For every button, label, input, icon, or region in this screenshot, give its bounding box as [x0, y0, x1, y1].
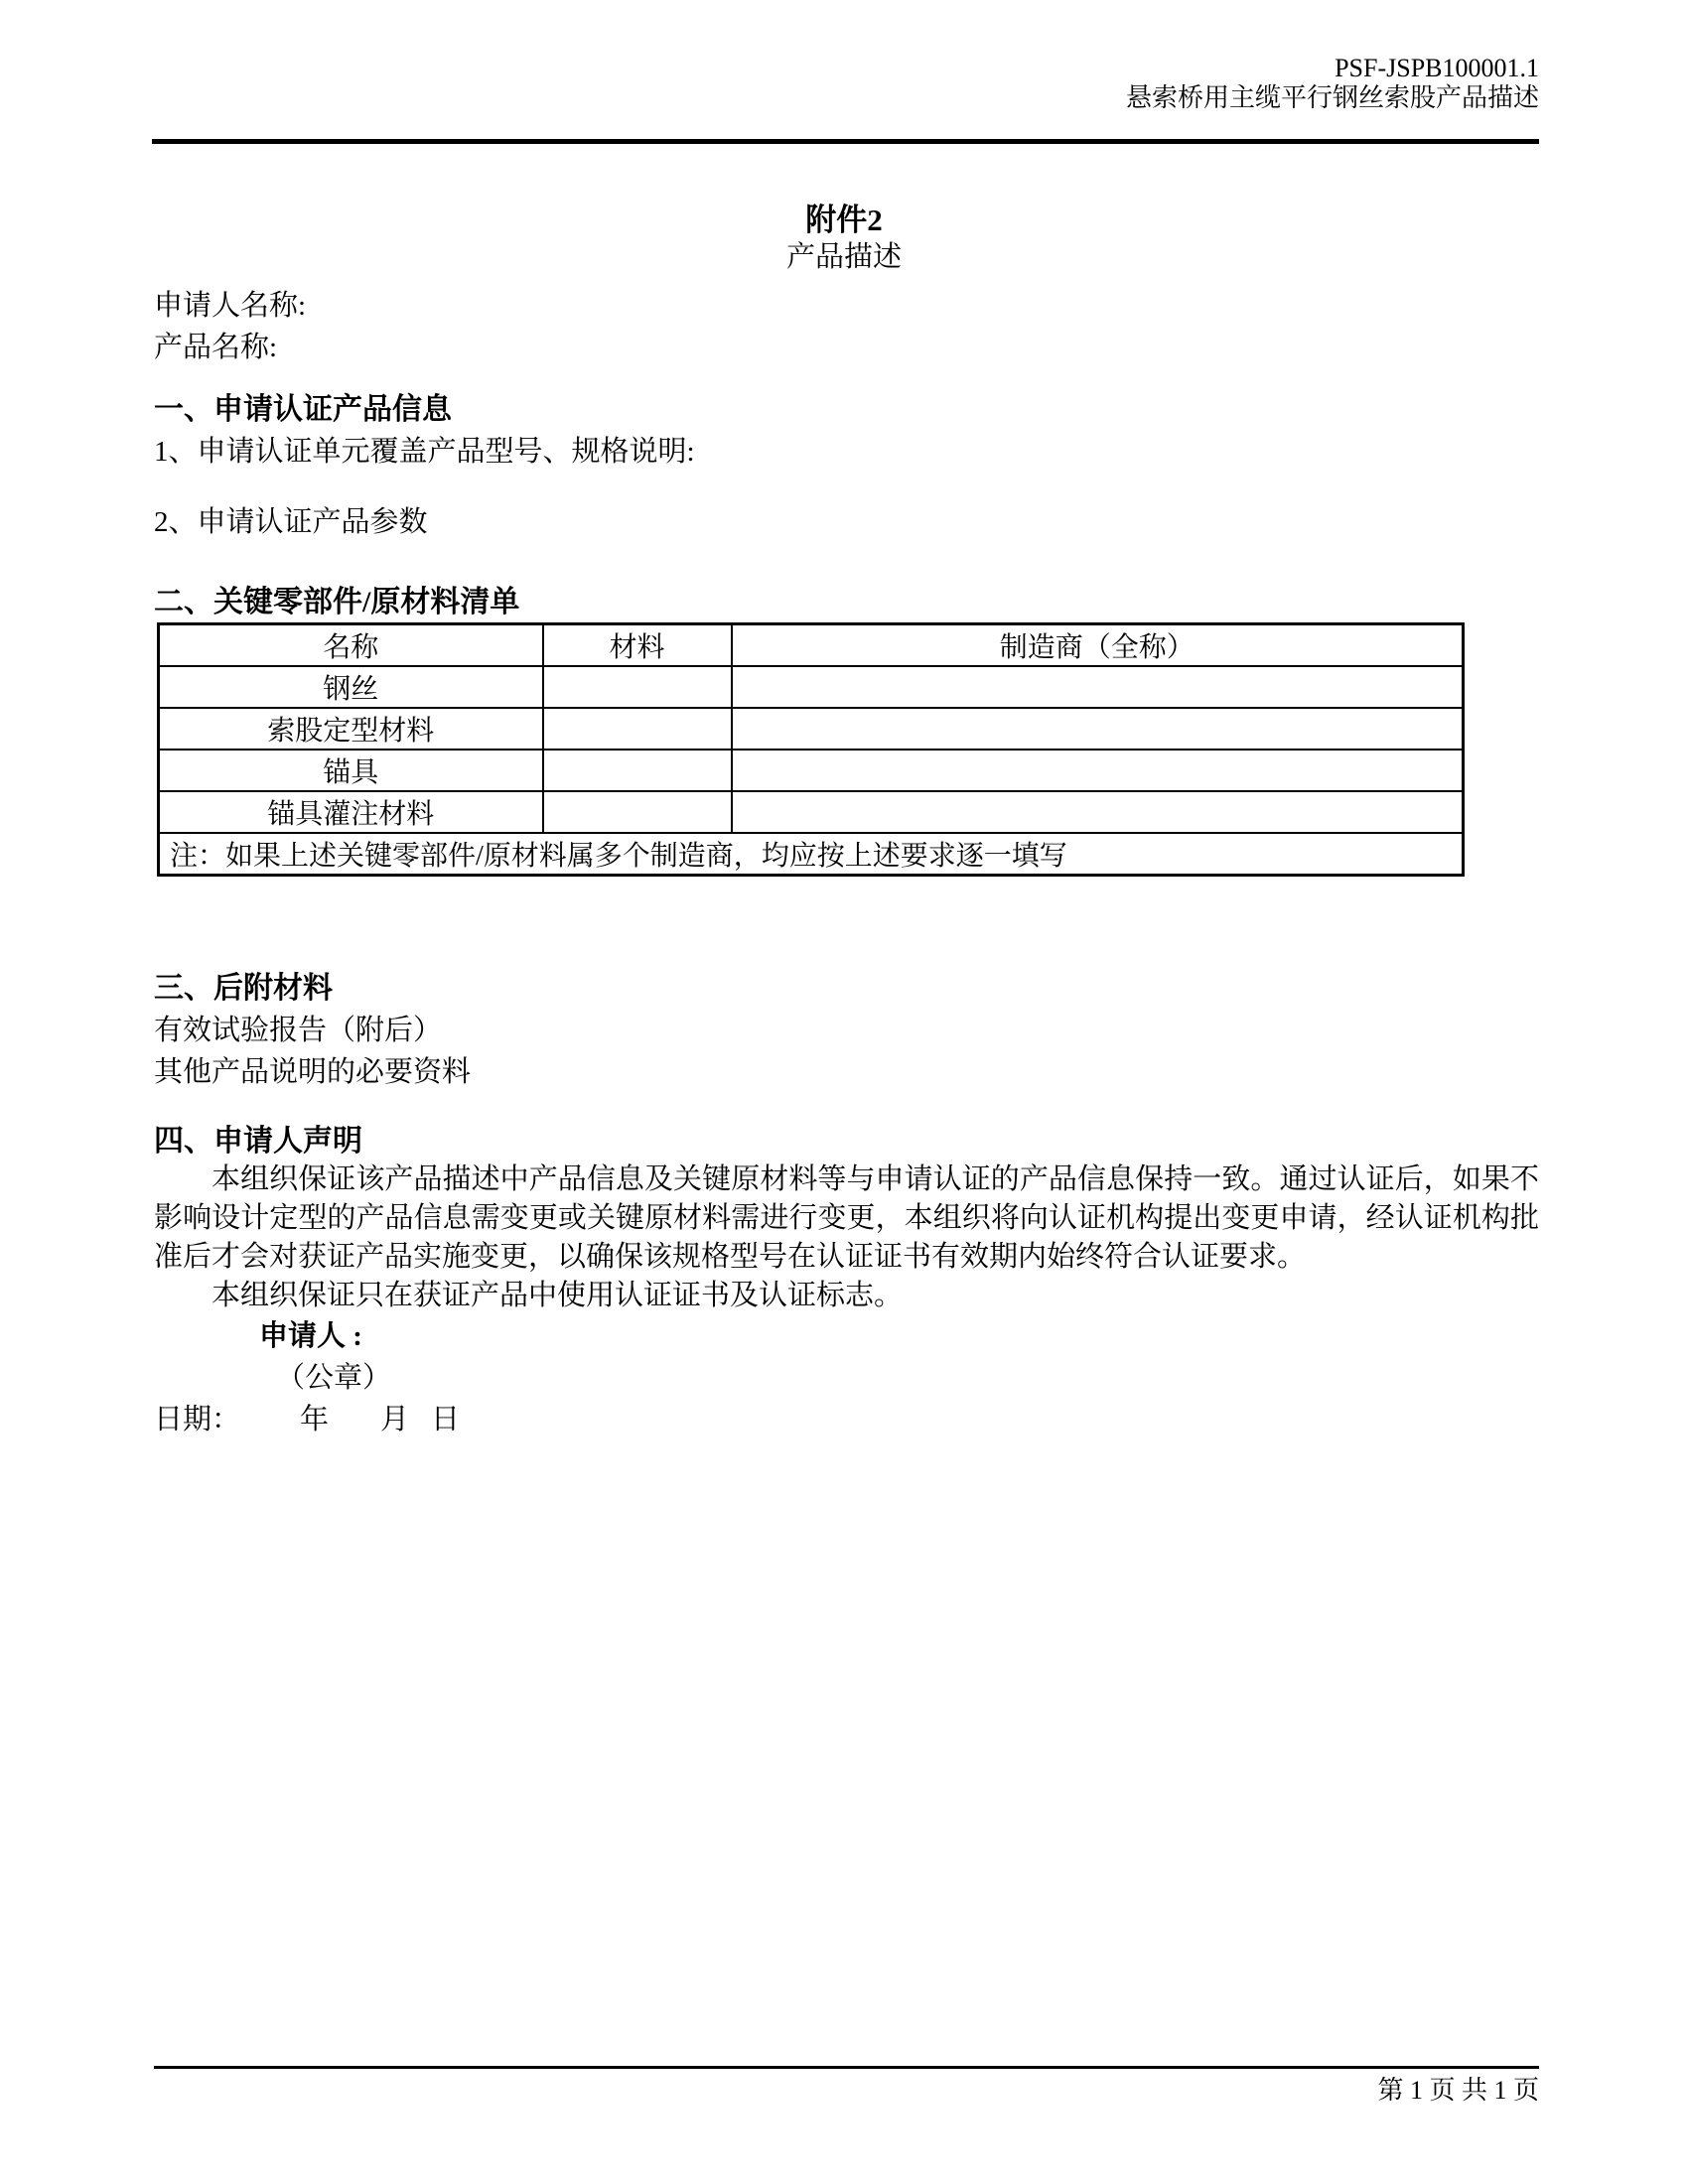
manufacturer-cell-empty: [732, 791, 1464, 833]
document-page: PSF-JSPB100001.1 悬索桥用主缆平行钢丝索股产品描述 附件2 产品…: [0, 0, 1688, 2184]
key-components-table: 名称 材料 制造商（全称） 钢丝 索股定型材料 锚具: [157, 622, 1465, 877]
material-cell-empty: [543, 708, 732, 750]
material-cell-empty: [543, 791, 732, 833]
page-title: 产品描述: [0, 239, 1688, 275]
column-header-manufacturer: 制造商（全称）: [732, 624, 1464, 667]
section4-heading: 四、申请人声明: [154, 1123, 1539, 1160]
table-row: 锚具: [159, 750, 1464, 791]
footer-rule: [154, 2066, 1539, 2069]
page-footer: 第 1 页 共 1 页: [1377, 2075, 1539, 2107]
section1-item1: 1、申请认证单元覆盖产品型号、规格说明:: [154, 431, 1539, 473]
doc-running-title: 悬索桥用主缆平行钢丝索股产品描述: [0, 83, 1539, 113]
component-name-cell: 钢丝: [159, 666, 543, 708]
applicant-signature-label: 申请人 :: [259, 1315, 1539, 1357]
column-header-material: 材料: [543, 624, 732, 667]
table-row: 钢丝: [159, 666, 1464, 708]
page-header: PSF-JSPB100001.1 悬索桥用主缆平行钢丝索股产品描述: [0, 0, 1539, 113]
applicant-name-label: 申请人名称:: [154, 285, 1539, 327]
table-header-row: 名称 材料 制造商（全称）: [159, 624, 1464, 667]
page-number: 第 1 页 共 1 页: [1377, 2076, 1539, 2105]
component-name-cell: 锚具灌注材料: [159, 791, 543, 833]
column-header-name: 名称: [159, 624, 543, 667]
date-label: 日期：: [154, 1404, 240, 1435]
section3-line2: 其他产品说明的必要资料: [154, 1051, 1539, 1093]
month-label: 月: [380, 1404, 409, 1435]
manufacturer-cell-empty: [732, 708, 1464, 750]
section3-heading: 三、后附材料: [154, 968, 1539, 1010]
section2-heading: 二、关键零部件/原材料清单: [154, 583, 1539, 622]
component-name-cell: 锚具: [159, 750, 543, 791]
product-name-label: 产品名称:: [154, 327, 1539, 368]
section1-heading: 一、申请认证产品信息: [154, 389, 1539, 431]
manufacturer-cell-empty: [732, 666, 1464, 708]
component-name-cell: 索股定型材料: [159, 708, 543, 750]
section3-line1: 有效试验报告（附后）: [154, 1010, 1539, 1051]
table-row: 锚具灌注材料: [159, 791, 1464, 833]
material-cell-empty: [543, 666, 732, 708]
declaration-paragraph-2: 本组织保证只在获证产品中使用认证证书及认证标志。: [154, 1277, 1539, 1315]
table-note-row: 注：如果上述关键零部件/原材料属多个制造商，均应按上述要求逐一填写: [159, 833, 1464, 876]
document-body: 申请人名称: 产品名称: 一、申请认证产品信息 1、申请认证单元覆盖产品型号、规…: [154, 285, 1539, 1440]
manufacturer-cell-empty: [732, 750, 1464, 791]
doc-code: PSF-JSPB100001.1: [0, 54, 1539, 83]
date-line: 日期：年月日: [154, 1399, 1539, 1440]
official-seal-label: （公章）: [276, 1357, 1539, 1399]
day-label: 日: [431, 1404, 460, 1435]
section1-item2: 2、申请认证产品参数: [154, 501, 1539, 543]
header-rule: [152, 139, 1539, 144]
attachment-title: 附件2: [0, 202, 1688, 239]
material-cell-empty: [543, 750, 732, 791]
table-row: 索股定型材料: [159, 708, 1464, 750]
declaration-paragraph-1: 本组织保证该产品描述中产品信息及关键原材料等与申请认证的产品信息保持一致。通过认…: [154, 1160, 1539, 1277]
year-label: 年: [300, 1404, 329, 1435]
table-note: 注：如果上述关键零部件/原材料属多个制造商，均应按上述要求逐一填写: [159, 833, 1464, 876]
